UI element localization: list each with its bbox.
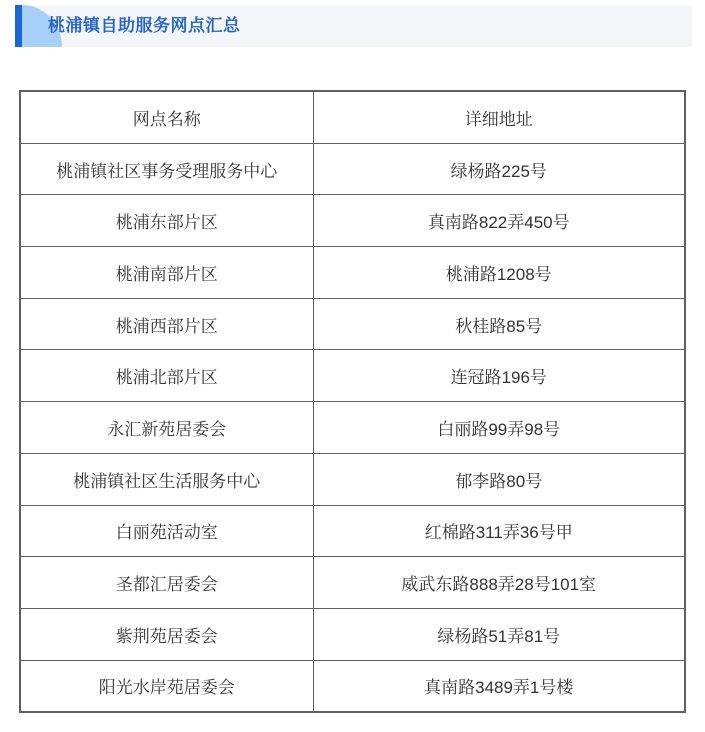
location-name-cell: 阳光水岸苑居委会 <box>20 660 313 712</box>
location-name-cell: 圣都汇居委会 <box>20 557 313 609</box>
table-row: 桃浦东部片区 真南路822弄450号 <box>20 195 685 247</box>
location-address-cell: 秋桂路85号 <box>313 298 685 350</box>
location-name-cell: 桃浦镇社区生活服务中心 <box>20 453 313 505</box>
location-name-cell: 永汇新苑居委会 <box>20 402 313 454</box>
table-row: 桃浦镇社区事务受理服务中心 绿杨路225号 <box>20 143 685 195</box>
location-address-cell: 郁李路80号 <box>313 453 685 505</box>
location-name-cell: 紫荆苑居委会 <box>20 608 313 660</box>
accent-bar-decoration <box>15 5 22 47</box>
table-row: 白丽苑活动室 红棉路311弄36号甲 <box>20 505 685 557</box>
location-name-cell: 桃浦南部片区 <box>20 247 313 299</box>
column-header-name: 网点名称 <box>20 91 313 143</box>
location-address-cell: 连冠路196号 <box>313 350 685 402</box>
table-row: 永汇新苑居委会 白丽路99弄98号 <box>20 402 685 454</box>
section-header: 桃浦镇自助服务网点汇总 <box>15 5 692 47</box>
location-address-cell: 真南路822弄450号 <box>313 195 685 247</box>
table-row: 桃浦镇社区生活服务中心 郁李路80号 <box>20 453 685 505</box>
page-title: 桃浦镇自助服务网点汇总 <box>48 5 241 47</box>
table-row: 桃浦南部片区 桃浦路1208号 <box>20 247 685 299</box>
table-row: 桃浦北部片区 连冠路196号 <box>20 350 685 402</box>
location-address-cell: 绿杨路51弄81号 <box>313 608 685 660</box>
location-address-cell: 桃浦路1208号 <box>313 247 685 299</box>
location-address-cell: 绿杨路225号 <box>313 143 685 195</box>
location-name-cell: 白丽苑活动室 <box>20 505 313 557</box>
location-address-cell: 红棉路311弄36号甲 <box>313 505 685 557</box>
location-name-cell: 桃浦北部片区 <box>20 350 313 402</box>
table-row: 紫荆苑居委会 绿杨路51弄81号 <box>20 608 685 660</box>
location-address-cell: 真南路3489弄1号楼 <box>313 660 685 712</box>
location-address-cell: 白丽路99弄98号 <box>313 402 685 454</box>
service-locations-table: 网点名称 详细地址 桃浦镇社区事务受理服务中心 绿杨路225号 桃浦东部片区 真… <box>19 90 686 713</box>
column-header-address: 详细地址 <box>313 91 685 143</box>
article-page: 桃浦镇自助服务网点汇总 网点名称 详细地址 桃浦镇社区事务受理服务中心 绿杨路2… <box>0 0 705 732</box>
table-row: 圣都汇居委会 威武东路888弄28号101室 <box>20 557 685 609</box>
location-name-cell: 桃浦镇社区事务受理服务中心 <box>20 143 313 195</box>
location-address-cell: 威武东路888弄28号101室 <box>313 557 685 609</box>
table-row: 阳光水岸苑居委会 真南路3489弄1号楼 <box>20 660 685 712</box>
table-header-row: 网点名称 详细地址 <box>20 91 685 143</box>
location-name-cell: 桃浦东部片区 <box>20 195 313 247</box>
location-name-cell: 桃浦西部片区 <box>20 298 313 350</box>
table-row: 桃浦西部片区 秋桂路85号 <box>20 298 685 350</box>
